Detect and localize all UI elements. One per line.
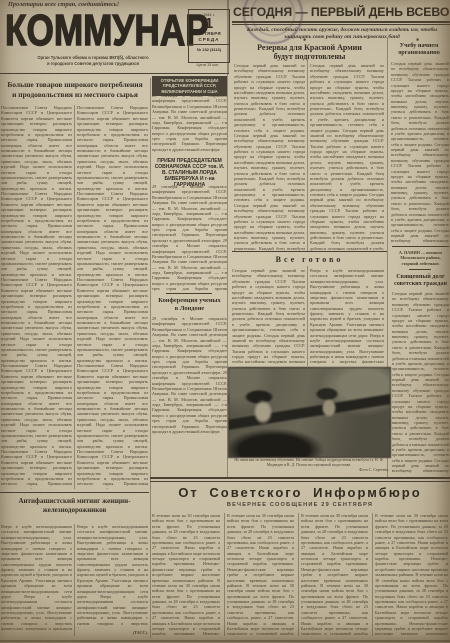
informburo-subtitle: ВЕЧЕРНЕЕ СООБЩЕНИЕ 29 СЕНТЯБРЯ [152, 502, 448, 508]
photo-credit: Фото С. Сергеева. [329, 468, 389, 474]
informburo-column-1: В течение ночи на 30 сентября наши войск… [152, 513, 220, 635]
duty-headline-line2: советских граждан [392, 280, 449, 287]
informburo-column-3: В течение ночи на 30 сентября наши войск… [301, 513, 368, 635]
date-month: ОКТЯБРЯ [189, 31, 229, 36]
date-box: 1941 г. 1 ОКТЯБРЯ СРЕДА № 232 (3113) [188, 9, 230, 63]
masthead-org-line-1: Орган Тульского обкома и горкома ВКП(б),… [0, 55, 186, 60]
antifascist-headline-line2: железнодорожников [4, 506, 145, 515]
reserves-column-2: Сегодня первый день занятий по всеобщему… [310, 63, 384, 251]
duty-headline-line1: Священный долг [392, 273, 449, 280]
antifascist-column-1: Вчера в клубе железнодорожников состоялс… [1, 524, 72, 634]
stalin-reception-body: 29 сентября в Москве открылась конференц… [152, 184, 227, 291]
all-ready-column-1: Сегодня первый день занятий по всеобщему… [232, 268, 305, 364]
antifascist-column-2: Вчера в клубе железнодорожников состоялс… [77, 524, 148, 628]
consumer-goods-headline-line1: Больше товаров широкого потребления [1, 80, 149, 90]
all-ready-column-2: Вчера в клубе железнодорожников состоялс… [310, 268, 384, 364]
reserves-headline-line1: Резервы для Красной Армии [236, 43, 383, 52]
scientists-headline-line2: в Лондоне [152, 305, 227, 313]
reserves-headline-line2: будут подготовлены [236, 52, 383, 61]
lead-subtitle: Каждый, способный носить оружие, должен … [246, 27, 438, 40]
all-ready-headline: Все готово [232, 255, 387, 264]
reserves-column-1: Сегодня первый день занятий по всеобщему… [234, 63, 305, 251]
newspaper-page: Пролетарии всех стран, соединяйтесь! КОМ… [0, 0, 450, 643]
star-ornament-icon: ✱ [303, 37, 306, 42]
tass-credit: (ТАСС). [95, 630, 148, 636]
consumer-goods-column-1: Постановление Совета Народных Комиссаров… [1, 105, 72, 489]
duty-signature: А. ПАНИН — военком Московского района, с… [392, 250, 449, 266]
consumer-goods-column-2: Постановление Совета Народных Комиссаров… [77, 105, 148, 489]
informburo-column-2: В течение ночи на 30 сентября наши войск… [227, 513, 294, 635]
informburo-column-4: В течение ночи на 30 сентября наши войск… [375, 513, 448, 635]
informburo-headline: От Советского Информбюро [152, 485, 448, 500]
lead-headline: СЕГОДНЯ — ПЕРВЫЙ ДЕНЬ ВСЕВОБУЧА [233, 5, 447, 19]
photo-caption: На занятиях по военному обучению. На сни… [229, 458, 389, 468]
conference-open-body: 29 сентября в Москве открылась конференц… [152, 93, 227, 155]
rifle-training-photo [228, 367, 391, 458]
study-column: Сегодня первый день занятий по всеобщему… [391, 61, 449, 244]
newspaper-title: КОММУНАР [5, 11, 209, 51]
scientists-body: 29 сентября в Москве открылась конференц… [152, 316, 227, 474]
price-label: Цена 15 коп. [186, 63, 230, 67]
issue-number: № 232 (3113) [189, 44, 229, 52]
study-headline-line2: организованно [389, 49, 449, 56]
date-day: 1 [189, 17, 229, 31]
masthead-org-line-2: и городского Советов депутатов трудящихс… [0, 61, 186, 66]
consumer-goods-headline-line2: и продовольствия из местного сырья [1, 90, 149, 100]
date-weekday: СРЕДА [189, 37, 229, 42]
scientists-headline-line1: Конференция ученых [152, 297, 227, 305]
antifascist-headline-line1: Антифашистский митинг женщин- [4, 497, 145, 506]
duty-body: Сегодня первый день занятий по всеобщему… [392, 291, 449, 475]
study-headline-line1: Учебу начнем [389, 42, 449, 49]
